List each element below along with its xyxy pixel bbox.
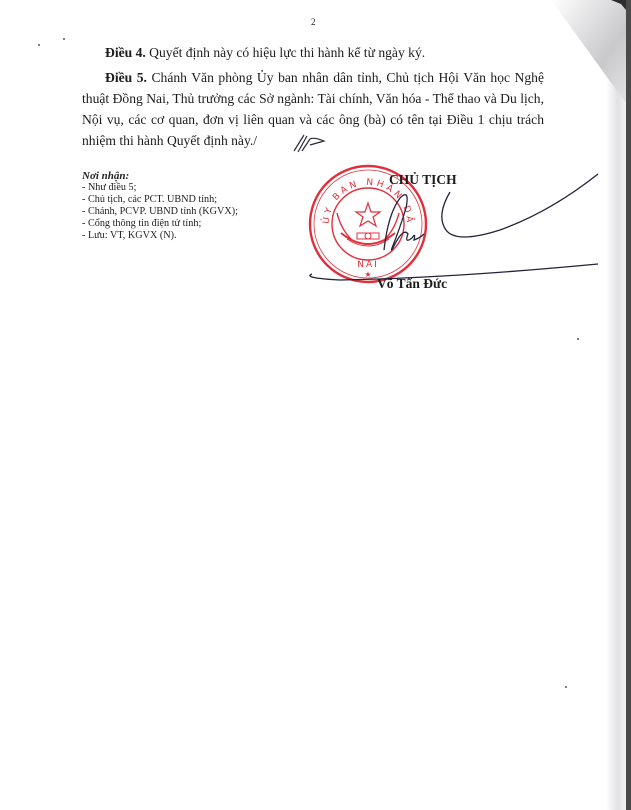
- recipients-title: Nơi nhận:: [82, 170, 238, 182]
- article-5-label: Điều 5.: [105, 70, 147, 85]
- recipient-item: - Lưu: VT, KGVX (N).: [82, 230, 238, 242]
- scan-edge-shadow: [606, 0, 626, 810]
- article-4-text: Quyết định này có hiệu lực thi hành kể t…: [146, 45, 425, 60]
- scan-speck: [577, 338, 579, 340]
- scan-speck: [565, 686, 567, 688]
- scan-border: [626, 0, 631, 810]
- scan-speck: [38, 44, 40, 46]
- document-page: 2 Điều 4. Quyết định này có hiệu lực thi…: [0, 0, 631, 810]
- initial-mark-icon: [290, 131, 330, 155]
- signer-name: Võ Tấn Đức: [377, 276, 447, 292]
- page-curl-icon: [541, 0, 631, 110]
- recipient-item: - Cổng thông tin điện tử tỉnh;: [82, 218, 238, 230]
- article-4: Điều 4. Quyết định này có hiệu lực thi h…: [82, 42, 544, 63]
- article-4-label: Điều 4.: [105, 45, 146, 60]
- recipient-item: - Như điều 5;: [82, 182, 238, 194]
- recipient-item: - Chủ tịch, các PCT. UBND tỉnh;: [82, 194, 238, 206]
- handwritten-signature-icon: [300, 168, 610, 288]
- page-number: 2: [311, 17, 316, 27]
- recipient-item: - Chánh, PCVP. UBND tỉnh (KGVX);: [82, 206, 238, 218]
- recipients-block: Nơi nhận: - Như điều 5; - Chủ tịch, các …: [82, 170, 238, 242]
- scan-speck: [63, 38, 65, 40]
